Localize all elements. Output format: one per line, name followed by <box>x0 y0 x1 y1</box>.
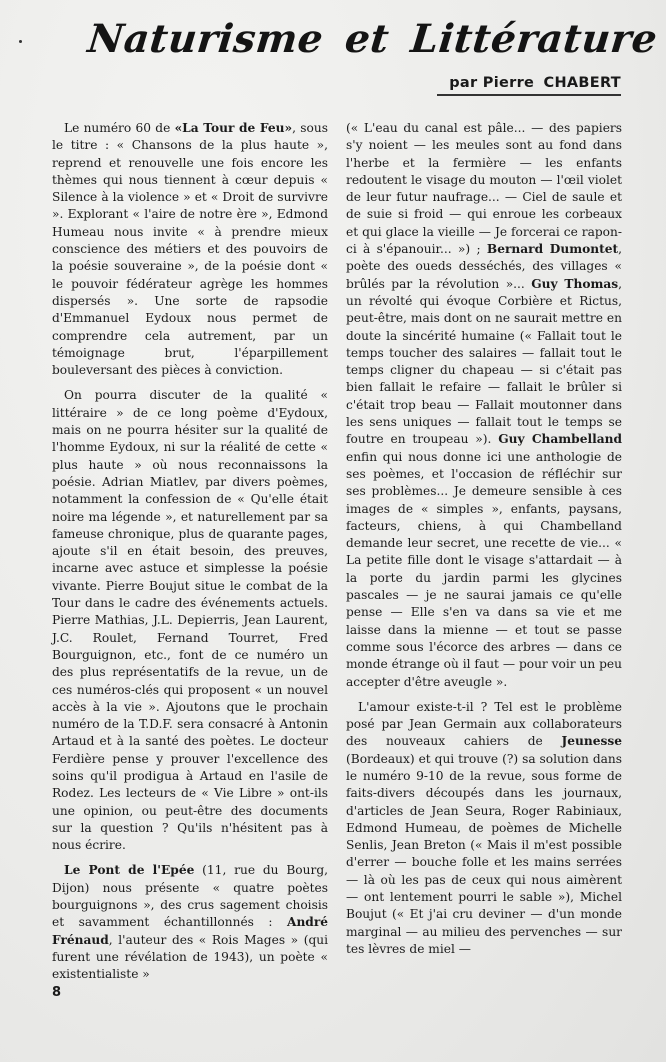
text-run: , sous le titre : « Chansons de la plus … <box>52 121 328 377</box>
text-run: enfin qui nous donne ici une anthologie … <box>346 450 622 689</box>
paragraph: Le numéro 60 de «La Tour de Feu», sous l… <box>52 120 328 379</box>
byline: par Pierre CHABERT <box>437 75 621 96</box>
text-run: Le numéro 60 de <box>64 121 175 135</box>
title-word-et: et <box>343 16 392 62</box>
poet-name-guy-chambelland: Guy Chambelland <box>498 432 622 446</box>
print-speck <box>19 40 22 43</box>
title-word-litterature: Littérature <box>409 16 660 62</box>
text-run: (« L'eau du canal est pâle... — des papi… <box>346 121 622 256</box>
text-run: (Bordeaux) et qui trouve (?) sa solution… <box>346 752 622 956</box>
author-name: CHABERT <box>544 75 621 91</box>
journal-name-la-tour-de-feu: «La Tour de Feu» <box>175 121 293 135</box>
paragraph: (« L'eau du canal est pâle... — des papi… <box>346 120 622 691</box>
page-number: 8 <box>52 985 61 1000</box>
paragraph: On pourra discuter de la qualité « litté… <box>52 387 328 854</box>
right-column: (« L'eau du canal est pâle... — des papi… <box>346 120 622 966</box>
journal-name-jeunesse: Jeunesse <box>562 734 622 748</box>
paragraph: L'amour existe-t-il ? Tel est le problèm… <box>346 699 622 958</box>
paragraph: Le Pont de l'Epée (11, rue du Bourg, Dij… <box>52 862 328 983</box>
poet-name-bernard-dumontet: Bernard Dumontet <box>487 242 618 256</box>
poet-name-guy-thomas: Guy Thomas <box>531 277 618 291</box>
byline-prefix: par Pierre <box>449 75 534 91</box>
article-title: NaturismeetLittérature <box>86 16 591 62</box>
journal-name-le-pont-de-lepee: Le Pont de l'Epée <box>64 863 194 877</box>
title-word-naturisme: Naturisme <box>86 16 326 62</box>
left-column: Le numéro 60 de «La Tour de Feu», sous l… <box>52 120 328 992</box>
text-run: , un révolté qui évoque Corbière et Rict… <box>346 277 622 447</box>
